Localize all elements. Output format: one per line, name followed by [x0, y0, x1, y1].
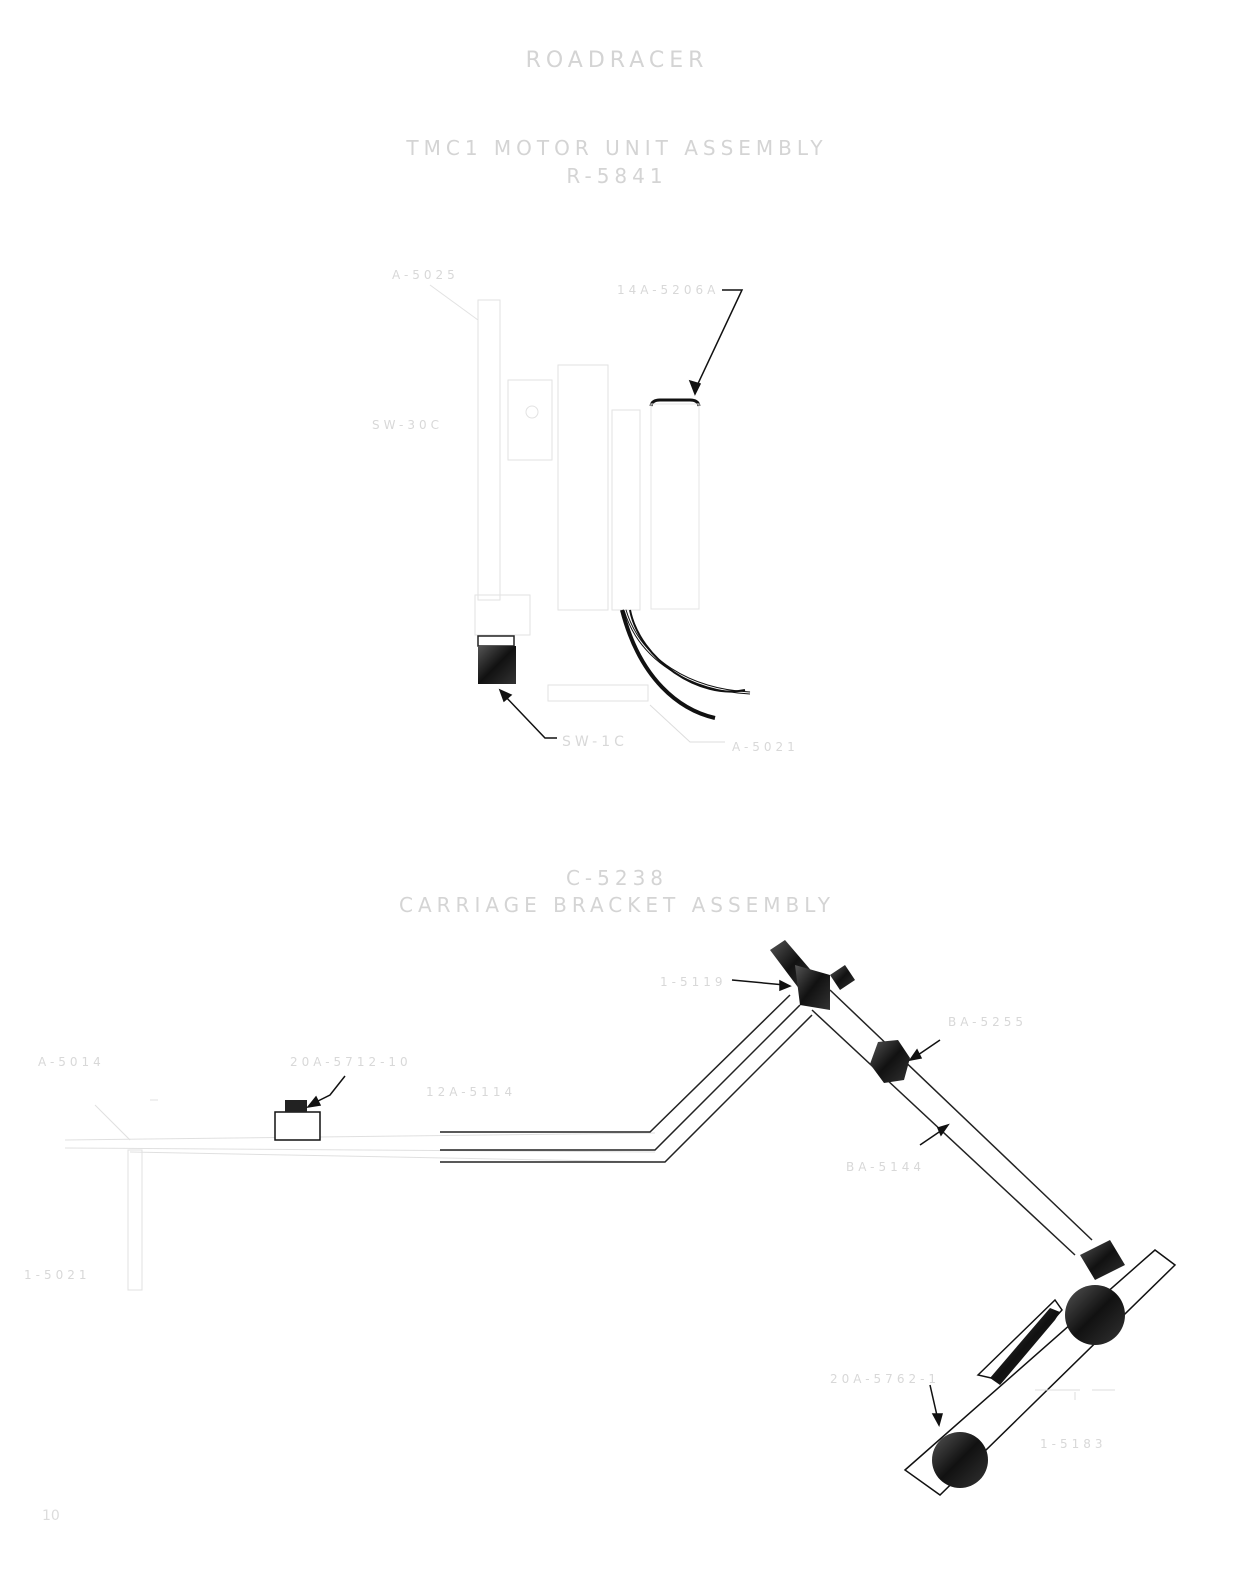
callout-arrow-20a5762 — [930, 1385, 942, 1425]
callout-arrow-20a5712 — [308, 1076, 345, 1107]
diagonal-tube — [812, 990, 1092, 1255]
motor-unit-drawing — [430, 285, 648, 701]
callout-arrow-ba5255 — [910, 1040, 940, 1060]
callout-arrow-ba5144 — [920, 1125, 948, 1145]
top-clamp — [770, 940, 855, 1010]
callout-lines-right — [1035, 1390, 1115, 1400]
callout-line-a5021 — [650, 705, 725, 742]
motor-can — [651, 400, 699, 609]
technical-drawing — [0, 0, 1234, 1591]
callout-arrow-14a5206a — [690, 290, 742, 394]
carriage-rails-faint — [65, 1100, 655, 1290]
motor-wires — [622, 610, 750, 718]
callout-arrow-1-5119 — [732, 980, 790, 990]
switch-sw1c — [478, 636, 516, 684]
collar-ba5255 — [870, 1040, 910, 1083]
carriage-rails — [440, 995, 812, 1162]
bottom-assembly — [905, 1240, 1175, 1495]
